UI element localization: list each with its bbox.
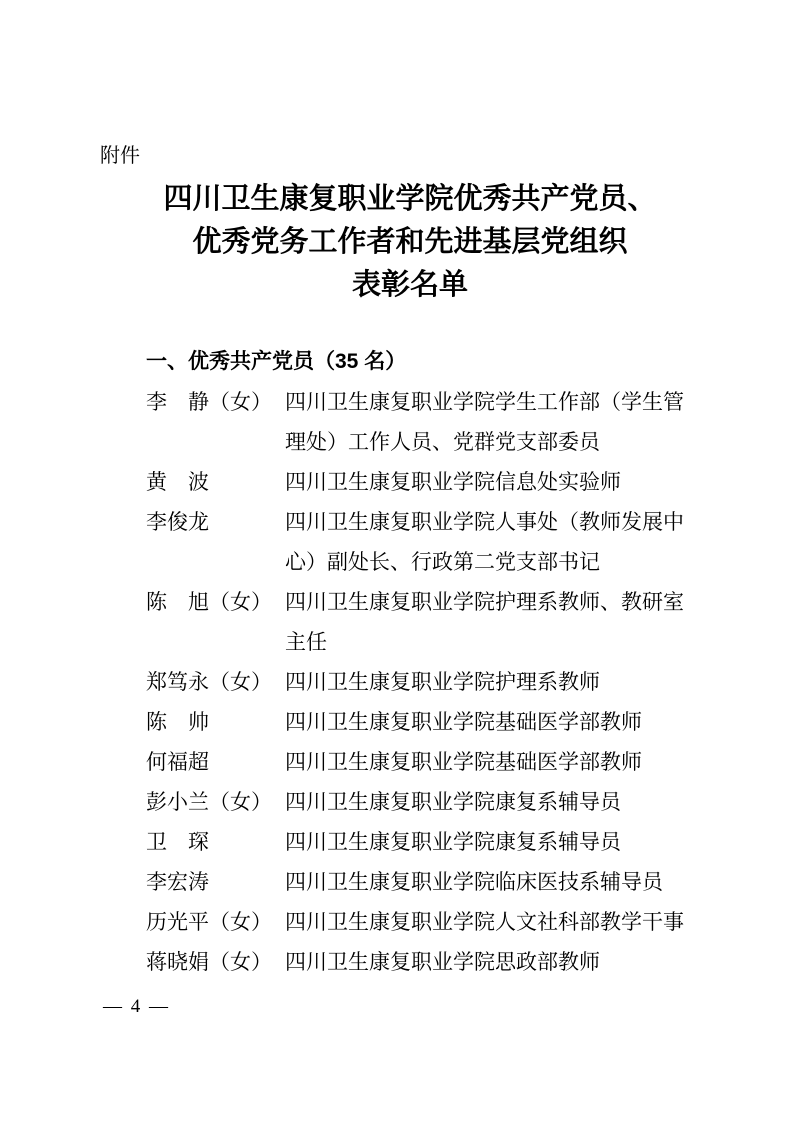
awardee-position: 四川卫生康复职业学院康复系辅导员 [285,822,700,862]
awardee-name: 历光平（女） [146,902,285,942]
award-entry: 蒋晓娟（女） 四川卫生康复职业学院思政部教师 [146,942,706,982]
awardee-position: 四川卫生康复职业学院临床医技系辅导员 [285,862,700,902]
awardee-name: 李俊龙 [146,502,285,542]
awardee-name: 陈 旭（女） [146,582,285,622]
awardee-position: 四川卫生康复职业学院学生工作部（学生管理处）工作人员、党群党支部委员 [285,382,700,462]
award-entry: 卫 琛 四川卫生康复职业学院康复系辅导员 [146,822,706,862]
awardee-name: 卫 琛 [146,822,285,862]
award-entries-list: 李 静（女） 四川卫生康复职业学院学生工作部（学生管理处）工作人员、党群党支部委… [146,382,706,982]
awardee-position: 四川卫生康复职业学院信息处实验师 [285,462,700,502]
awardee-name: 彭小兰（女） [146,782,285,822]
awardee-name: 李宏涛 [146,862,285,902]
awardee-name: 何福超 [146,742,285,782]
awardee-name: 蒋晓娟（女） [146,942,285,982]
document-page: 附件 四川卫生康复职业学院优秀共产党员、 优秀党务工作者和先进基层党组织 表彰名… [0,0,793,1122]
awardee-position: 四川卫生康复职业学院人文社科部教学干事 [285,902,700,942]
award-list-section: 一、优秀共产党员（35 名） 李 静（女） 四川卫生康复职业学院学生工作部（学生… [146,342,706,982]
award-entry: 黄 波 四川卫生康复职业学院信息处实验师 [146,462,706,502]
award-entry: 李俊龙 四川卫生康复职业学院人事处（教师发展中心）副处长、行政第二党支部书记 [146,502,706,582]
title-line-2: 优秀党务工作者和先进基层党组织 [96,221,724,264]
awardee-position: 四川卫生康复职业学院护理系教师 [285,662,700,702]
awardee-position: 四川卫生康复职业学院基础医学部教师 [285,702,700,742]
awardee-name: 黄 波 [146,462,285,502]
award-entry: 李宏涛 四川卫生康复职业学院临床医技系辅导员 [146,862,706,902]
attachment-label: 附件 [100,142,140,170]
awardee-name: 陈 帅 [146,702,285,742]
award-entry: 郑笃永（女） 四川卫生康复职业学院护理系教师 [146,662,706,702]
award-entry: 陈 旭（女） 四川卫生康复职业学院护理系教师、教研室主任 [146,582,706,662]
award-entry: 陈 帅 四川卫生康复职业学院基础医学部教师 [146,702,706,742]
awardee-name: 李 静（女） [146,382,285,422]
awardee-position: 四川卫生康复职业学院护理系教师、教研室主任 [285,582,700,662]
award-entry: 历光平（女） 四川卫生康复职业学院人文社科部教学干事 [146,902,706,942]
award-entry: 彭小兰（女） 四川卫生康复职业学院康复系辅导员 [146,782,706,822]
awardee-position: 四川卫生康复职业学院基础医学部教师 [285,742,700,782]
awardee-position: 四川卫生康复职业学院人事处（教师发展中心）副处长、行政第二党支部书记 [285,502,700,582]
title-line-3: 表彰名单 [96,264,724,307]
title-line-1: 四川卫生康复职业学院优秀共产党员、 [96,178,724,221]
section-heading: 一、优秀共产党员（35 名） [146,342,706,382]
page-number: — 4 — [103,995,170,1019]
awardee-position: 四川卫生康复职业学院思政部教师 [285,942,700,982]
award-entry: 何福超 四川卫生康复职业学院基础医学部教师 [146,742,706,782]
award-entry: 李 静（女） 四川卫生康复职业学院学生工作部（学生管理处）工作人员、党群党支部委… [146,382,706,462]
awardee-name: 郑笃永（女） [146,662,285,702]
awardee-position: 四川卫生康复职业学院康复系辅导员 [285,782,700,822]
document-title: 四川卫生康复职业学院优秀共产党员、 优秀党务工作者和先进基层党组织 表彰名单 [96,178,724,307]
